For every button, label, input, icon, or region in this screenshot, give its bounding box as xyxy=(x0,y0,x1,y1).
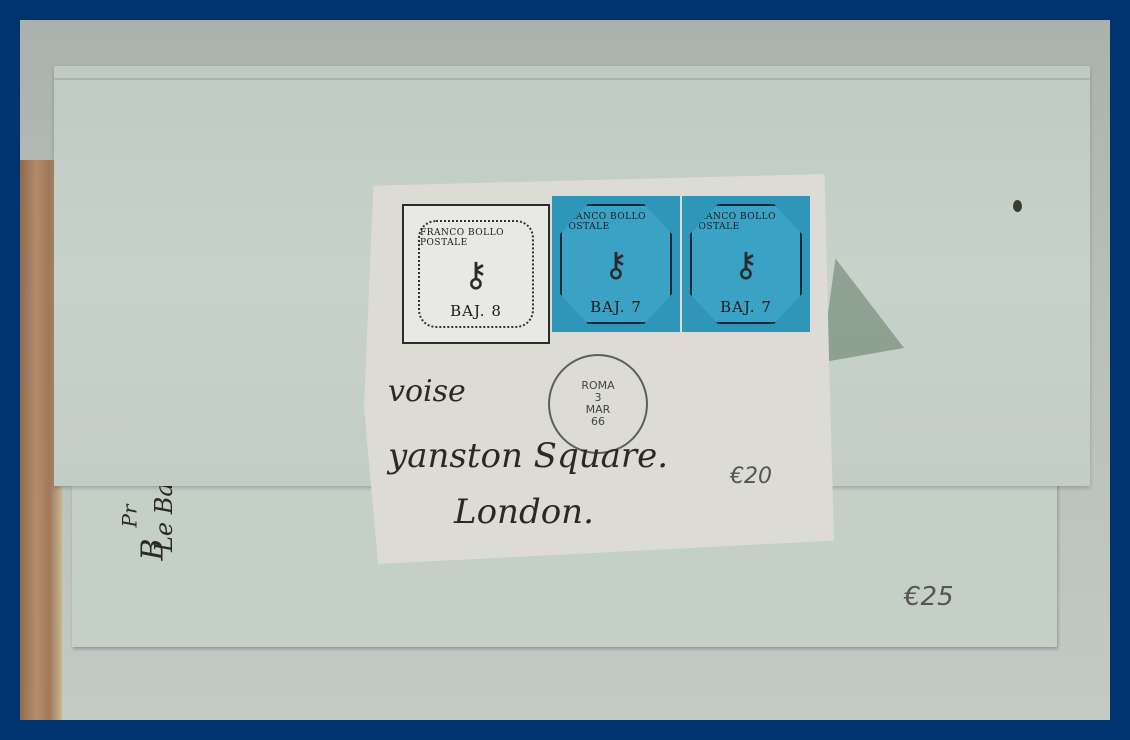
price-cover: €25 xyxy=(904,582,954,612)
price-fragment: €20 xyxy=(730,464,772,489)
address-line-3: London. xyxy=(454,492,594,532)
address-line-1: voise xyxy=(388,374,466,409)
crossed-keys-icon: ⚷ xyxy=(734,248,759,282)
cover-fragment: FRANCO BOLLO POSTALE ⚷ BAJ. 8 FRANCO BOL… xyxy=(364,174,834,564)
stamp-value: BAJ. 7 xyxy=(590,298,642,316)
postmark-year: 66 xyxy=(591,416,605,428)
stamp-legend: FRANCO BOLLO POSTALE xyxy=(562,212,670,232)
stamp-value: BAJ. 7 xyxy=(720,298,772,316)
crossed-keys-icon: ⚷ xyxy=(464,258,489,292)
envelope-flap-line xyxy=(54,78,1090,80)
crossed-keys-icon: ⚷ xyxy=(604,248,629,282)
stamp-legend: FRANCO BOLLO POSTALE xyxy=(692,212,800,232)
stamp-gray: FRANCO BOLLO POSTALE ⚷ BAJ. 8 xyxy=(402,204,550,344)
stamp-blue-1: FRANCO BOLLO POSTALE ⚷ BAJ. 7 xyxy=(552,196,680,332)
address-line-2: yanston Square. xyxy=(388,436,668,476)
envelope-hole xyxy=(1013,200,1022,212)
stamp-legend: FRANCO BOLLO POSTALE xyxy=(420,228,532,248)
photo-frame: Pr B Le Banc €25 FRANCO BOLLO POSTALE ⚷ … xyxy=(20,20,1110,720)
stamp-value: BAJ. 8 xyxy=(450,302,502,320)
back-letter-text-1: Pr xyxy=(118,504,142,527)
stamp-blue-2: FRANCO BOLLO POSTALE ⚷ BAJ. 7 xyxy=(682,196,810,332)
